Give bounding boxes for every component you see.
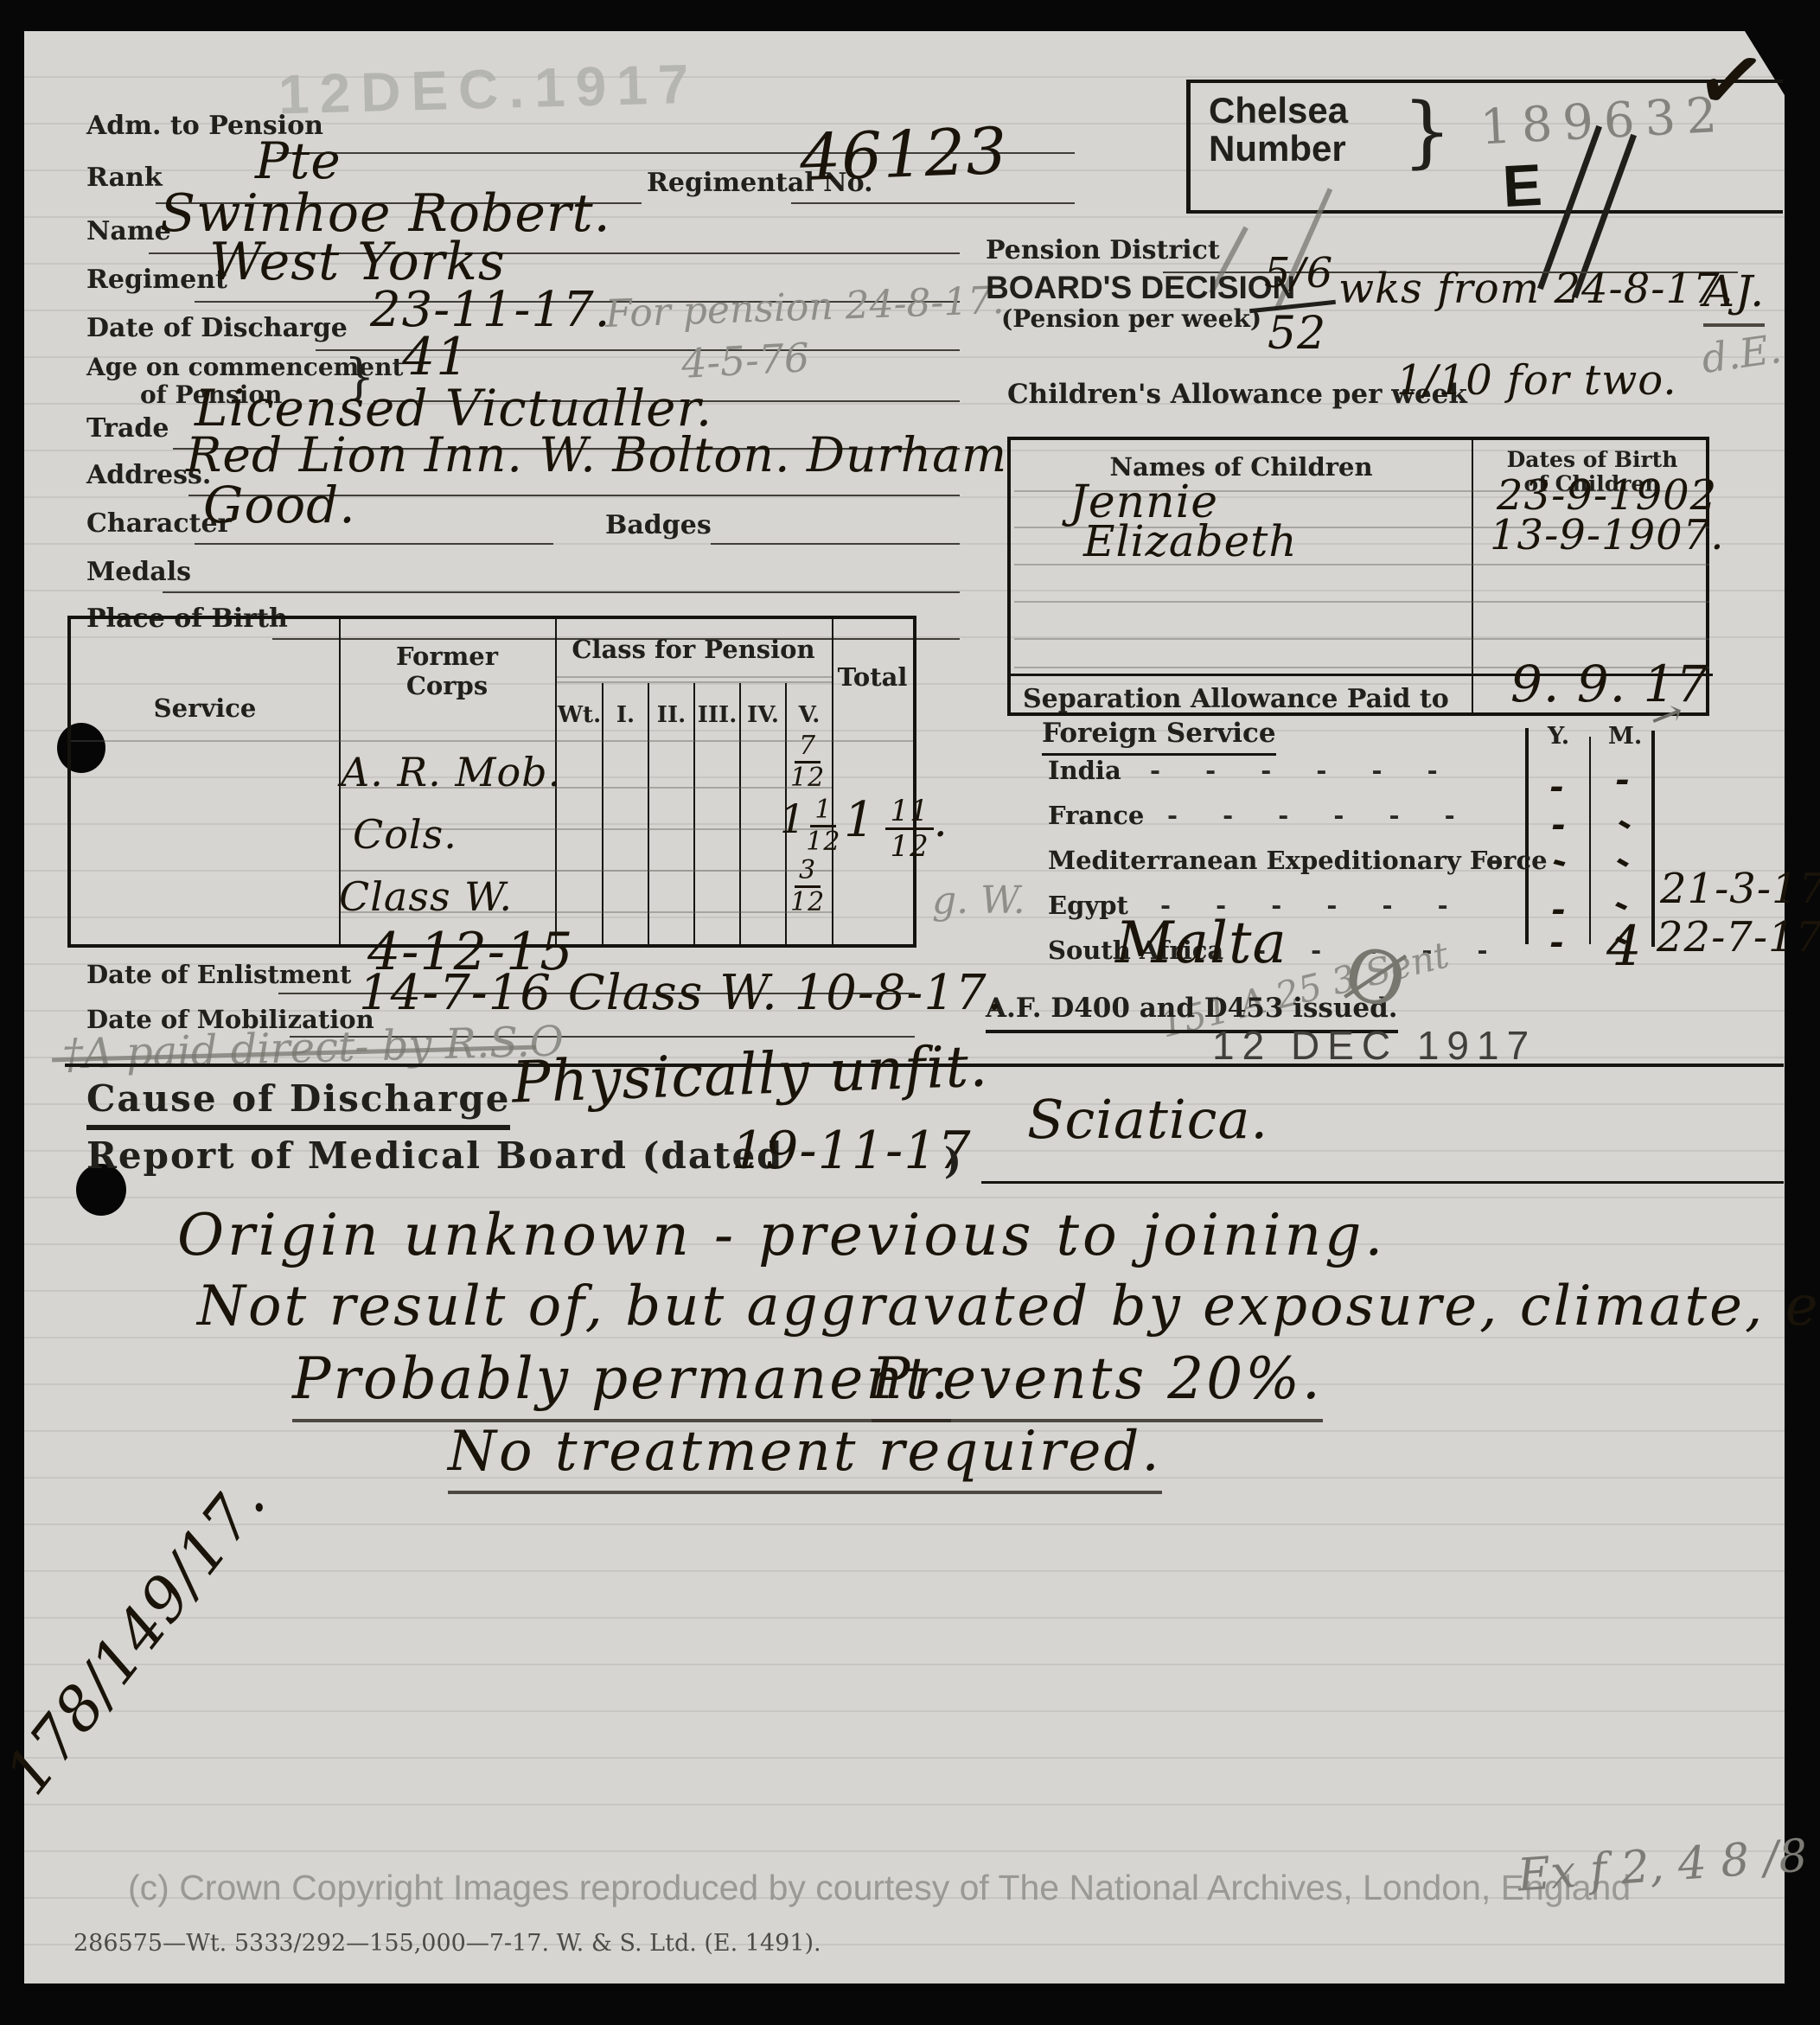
malta-entry: Malta	[1115, 910, 1287, 976]
issue-date-stamp: 12 DEC 1917	[1212, 1022, 1536, 1069]
dash-leaders: - - - - - -	[1150, 756, 1440, 785]
medical-report-line4: No treatment required.	[448, 1420, 1162, 1494]
medals-label: Medals	[86, 557, 191, 587]
chelsea-brace: }	[1402, 86, 1452, 177]
regimental-no-value: 46123	[799, 114, 1009, 195]
class-v-value: 1112	[780, 795, 840, 855]
field-rule	[711, 543, 960, 545]
former-corps-entry: Class W.	[339, 873, 513, 920]
cause-of-discharge-label: Cause of Discharge	[86, 1077, 510, 1130]
section-rule	[981, 1181, 1784, 1184]
board-initials: AJ.	[1703, 266, 1765, 327]
class-v-value: 312	[790, 858, 825, 916]
medical-board-date: 19-11-17	[731, 1121, 972, 1181]
field-rule	[791, 202, 1075, 204]
chelsea-box-left	[1186, 80, 1191, 213]
subcol-header: Wt.	[557, 702, 602, 728]
subheader-line	[71, 740, 913, 742]
chelsea-box-top	[1186, 80, 1783, 83]
foreign-row-france: France	[1048, 801, 1144, 830]
pencil-gw-note: g. W.	[932, 878, 1025, 923]
former-corps-header: Former	[339, 642, 555, 671]
medical-report-line3b: Prevents 20%.	[872, 1345, 1323, 1422]
chelsea-box-bottom	[1186, 210, 1783, 214]
total-value: 1 1112.	[844, 792, 948, 861]
children-table: Names of Children Dates of Birth of Chil…	[1007, 437, 1709, 716]
separation-allowance-label: Separation Allowance Paid to	[1023, 684, 1449, 714]
boards-decision-label: BOARD'S DECISION	[986, 270, 1295, 306]
months-column-header: M.	[1608, 723, 1642, 750]
table-row-line	[1014, 601, 1709, 603]
address-value: Red Lion Inn. W. Bolton. Durham	[186, 427, 1007, 482]
medical-report-line1: Origin unknown - previous to joining.	[177, 1202, 1386, 1268]
enlistment-label: Date of Enlistment	[86, 960, 351, 989]
foreign-col-line	[1651, 731, 1655, 947]
subcol-header: V.	[787, 702, 832, 728]
pension-per-week-label: (Pension per week)	[1001, 304, 1261, 333]
medical-report-line3a: Probably permanent.	[292, 1345, 951, 1422]
table-row-line	[341, 870, 832, 872]
children-allowance-value: 1/10 for two.	[1396, 356, 1677, 405]
foreign-m-mark: -	[1615, 759, 1631, 800]
printer-imprint: 286575—Wt. 5333/292—155,000—7-17. W. & S…	[73, 1930, 821, 1957]
mobilization-value: 14-7-16 Class W. 10-8-17.	[359, 965, 1003, 1021]
medical-board-paren: )	[944, 1140, 961, 1182]
foreign-row-india: India	[1048, 756, 1121, 785]
pension-rate-numerator: 5/6	[1264, 249, 1333, 297]
rank-value: Pte	[255, 131, 342, 190]
former-corps-entry: A. R. Mob.	[341, 749, 561, 795]
checkmark: ✓	[1690, 27, 1773, 133]
child-dob: 13-9-1907.	[1490, 511, 1724, 559]
diagnosis-value: Sciatica.	[1027, 1088, 1268, 1151]
pension-rate-note: wks from 24-8-17.	[1338, 265, 1734, 313]
pension-district-label: Pension District	[986, 235, 1220, 265]
field-rule	[195, 543, 553, 545]
field-rule	[163, 591, 960, 593]
foreign-service-title: Foreign Service	[1042, 718, 1276, 756]
foreign-date: 21-3-17	[1660, 865, 1820, 913]
subcol-header: I.	[603, 702, 648, 728]
dash-leaders: -	[1489, 846, 1501, 875]
medical-report-line2: Not result of, but aggravated by exposur…	[197, 1274, 1820, 1338]
chelsea-label-line1: Chelsea	[1209, 90, 1348, 131]
rank-label: Rank	[86, 163, 163, 193]
class-v-value: 712	[790, 733, 825, 791]
foreign-y-mark: -	[1549, 922, 1565, 962]
scanned-pension-record: 12DEC.1917 Adm. to Pension Rank Pte Regi…	[0, 0, 1820, 2025]
chelsea-label-line2: Number	[1209, 128, 1346, 169]
children-dob-header: Dates of Birth	[1473, 447, 1711, 472]
service-col-header: Service	[71, 693, 339, 723]
subcol-header: II.	[649, 702, 693, 728]
badges-label: Badges	[605, 510, 712, 540]
child-name: Elizabeth	[1083, 516, 1298, 566]
total-col-header: Total	[832, 662, 913, 692]
character-value: Good.	[203, 476, 356, 534]
former-corps-header2: Corps	[339, 671, 555, 700]
table-row-line	[1014, 638, 1709, 640]
regiment-label: Regiment	[86, 265, 227, 295]
crown-copyright-watermark: (c) Crown Copyright Images reproduced by…	[128, 1868, 1631, 1908]
class-for-pension-header: Class for Pension	[555, 635, 832, 664]
trade-label: Trade	[86, 413, 169, 444]
name-label: Name	[86, 216, 171, 246]
discharge-date-label: Date of Discharge	[86, 313, 348, 343]
subcol-header: IV.	[741, 702, 785, 728]
foreign-col-line	[1525, 728, 1529, 944]
pension-rate-denominator: 52	[1268, 308, 1326, 360]
malta-months-value: 4	[1606, 915, 1643, 979]
dash-leaders: - - - - - -	[1167, 801, 1457, 830]
medical-board-label: Report of Medical Board (dated	[86, 1134, 784, 1177]
separation-allowance-value: 9. 9. 17	[1510, 655, 1708, 713]
former-corps-entry: Cols.	[353, 811, 457, 858]
foreign-date: 22-7-17.	[1657, 913, 1820, 961]
service-table: Service Former Corps Class for Pension W…	[67, 616, 916, 948]
received-date-stamp: 12DEC.1917	[278, 52, 699, 127]
foreign-row-mef: Mediterranean Expeditionary Force	[1048, 846, 1548, 875]
foreign-col-line	[1589, 737, 1591, 944]
ys-column-header: Y.	[1548, 723, 1569, 750]
subcol-header: III.	[695, 702, 739, 728]
class-header-line	[557, 676, 832, 678]
foreign-y-mark: -	[1549, 766, 1565, 807]
e-stamp: E	[1501, 151, 1543, 220]
